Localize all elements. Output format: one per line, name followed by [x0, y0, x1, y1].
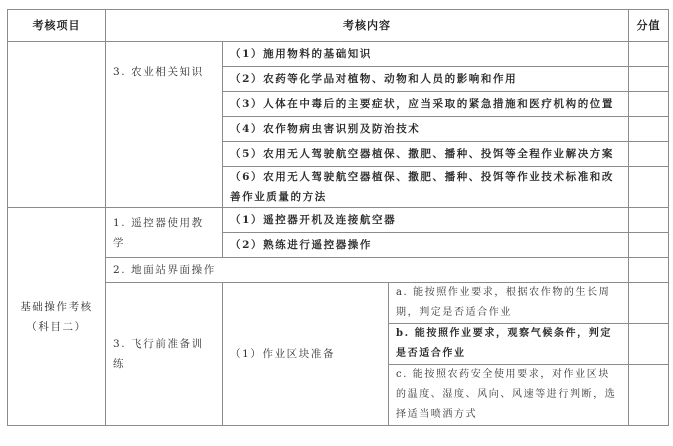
point-6: （6）农用无人驾驶航空器植保、撒肥、播种、投饵等作业技术标准和改善作业质量的方法 [223, 167, 629, 208]
score-cell [629, 167, 669, 208]
table-row: 2. 地面站界面操作 [8, 258, 669, 283]
item-remote-control-teaching: 1. 遥控器使用教学 [106, 208, 223, 258]
point-1: （1）施用物料的基础知识 [223, 42, 629, 67]
category-title: 基础操作考核 [15, 297, 98, 317]
score-cell [629, 92, 669, 117]
score-cell [629, 142, 669, 167]
point-3: （3）人体在中毒后的主要症状，应当采取的紧急措施和医疗机构的位置 [223, 92, 629, 117]
assessment-table-container: 考核项目 考核内容 分值 3. 农业相关知识 （1）施用物料的基础知识 （2）农… [7, 9, 669, 426]
detail-b: b. 能按照作业要求，观察气候条件，判定是否适合作业 [389, 324, 629, 365]
score-cell [629, 283, 669, 324]
assessment-table: 考核项目 考核内容 分值 3. 农业相关知识 （1）施用物料的基础知识 （2）农… [7, 9, 669, 426]
header-score: 分值 [629, 10, 669, 42]
score-cell [629, 258, 669, 283]
header-row: 考核项目 考核内容 分值 [8, 10, 669, 42]
sub-item-block-prep: （1）作业区块准备 [223, 283, 389, 426]
score-cell [629, 233, 669, 258]
score-cell [629, 365, 669, 426]
item-ground-station-ui: 2. 地面站界面操作 [106, 258, 629, 283]
detail-a: a. 能按照作业要求，根据农作物的生长周期，判定是否适合作业 [389, 283, 629, 324]
item-preflight-training: 3. 飞行前准备训练 [106, 283, 223, 426]
score-cell [629, 67, 669, 92]
header-content: 考核内容 [106, 10, 629, 42]
score-cell [629, 324, 669, 365]
detail-c: c. 能按照农药安全使用要求，对作业区块的温度、湿度、风向、风速等进行判断，选择… [389, 365, 629, 426]
rc-point-1: （1）遥控器开机及连接航空器 [223, 208, 629, 233]
point-2: （2）农药等化学品对植物、动物和人员的影响和作用 [223, 67, 629, 92]
category-subtitle: （科目二） [15, 317, 98, 337]
score-cell [629, 42, 669, 67]
header-item: 考核项目 [8, 10, 106, 42]
table-row: 基础操作考核 （科目二） 1. 遥控器使用教学 （1）遥控器开机及连接航空器 [8, 208, 669, 233]
subitem-agri-knowledge: 3. 农业相关知识 [106, 42, 223, 208]
rc-point-2: （2）熟练进行遥控器操作 [223, 233, 629, 258]
table-row: 3. 农业相关知识 （1）施用物料的基础知识 [8, 42, 669, 67]
point-4: （4）农作物病虫害识别及防治技术 [223, 117, 629, 142]
score-cell [629, 208, 669, 233]
point-5: （5）农用无人驾驶航空器植保、撒肥、播种、投饵等全程作业解决方案 [223, 142, 629, 167]
category-basic-operation: 基础操作考核 （科目二） [8, 208, 106, 426]
category-cell-empty [8, 42, 106, 208]
score-cell [629, 117, 669, 142]
table-row: 3. 飞行前准备训练 （1）作业区块准备 a. 能按照作业要求，根据农作物的生长… [8, 283, 669, 324]
